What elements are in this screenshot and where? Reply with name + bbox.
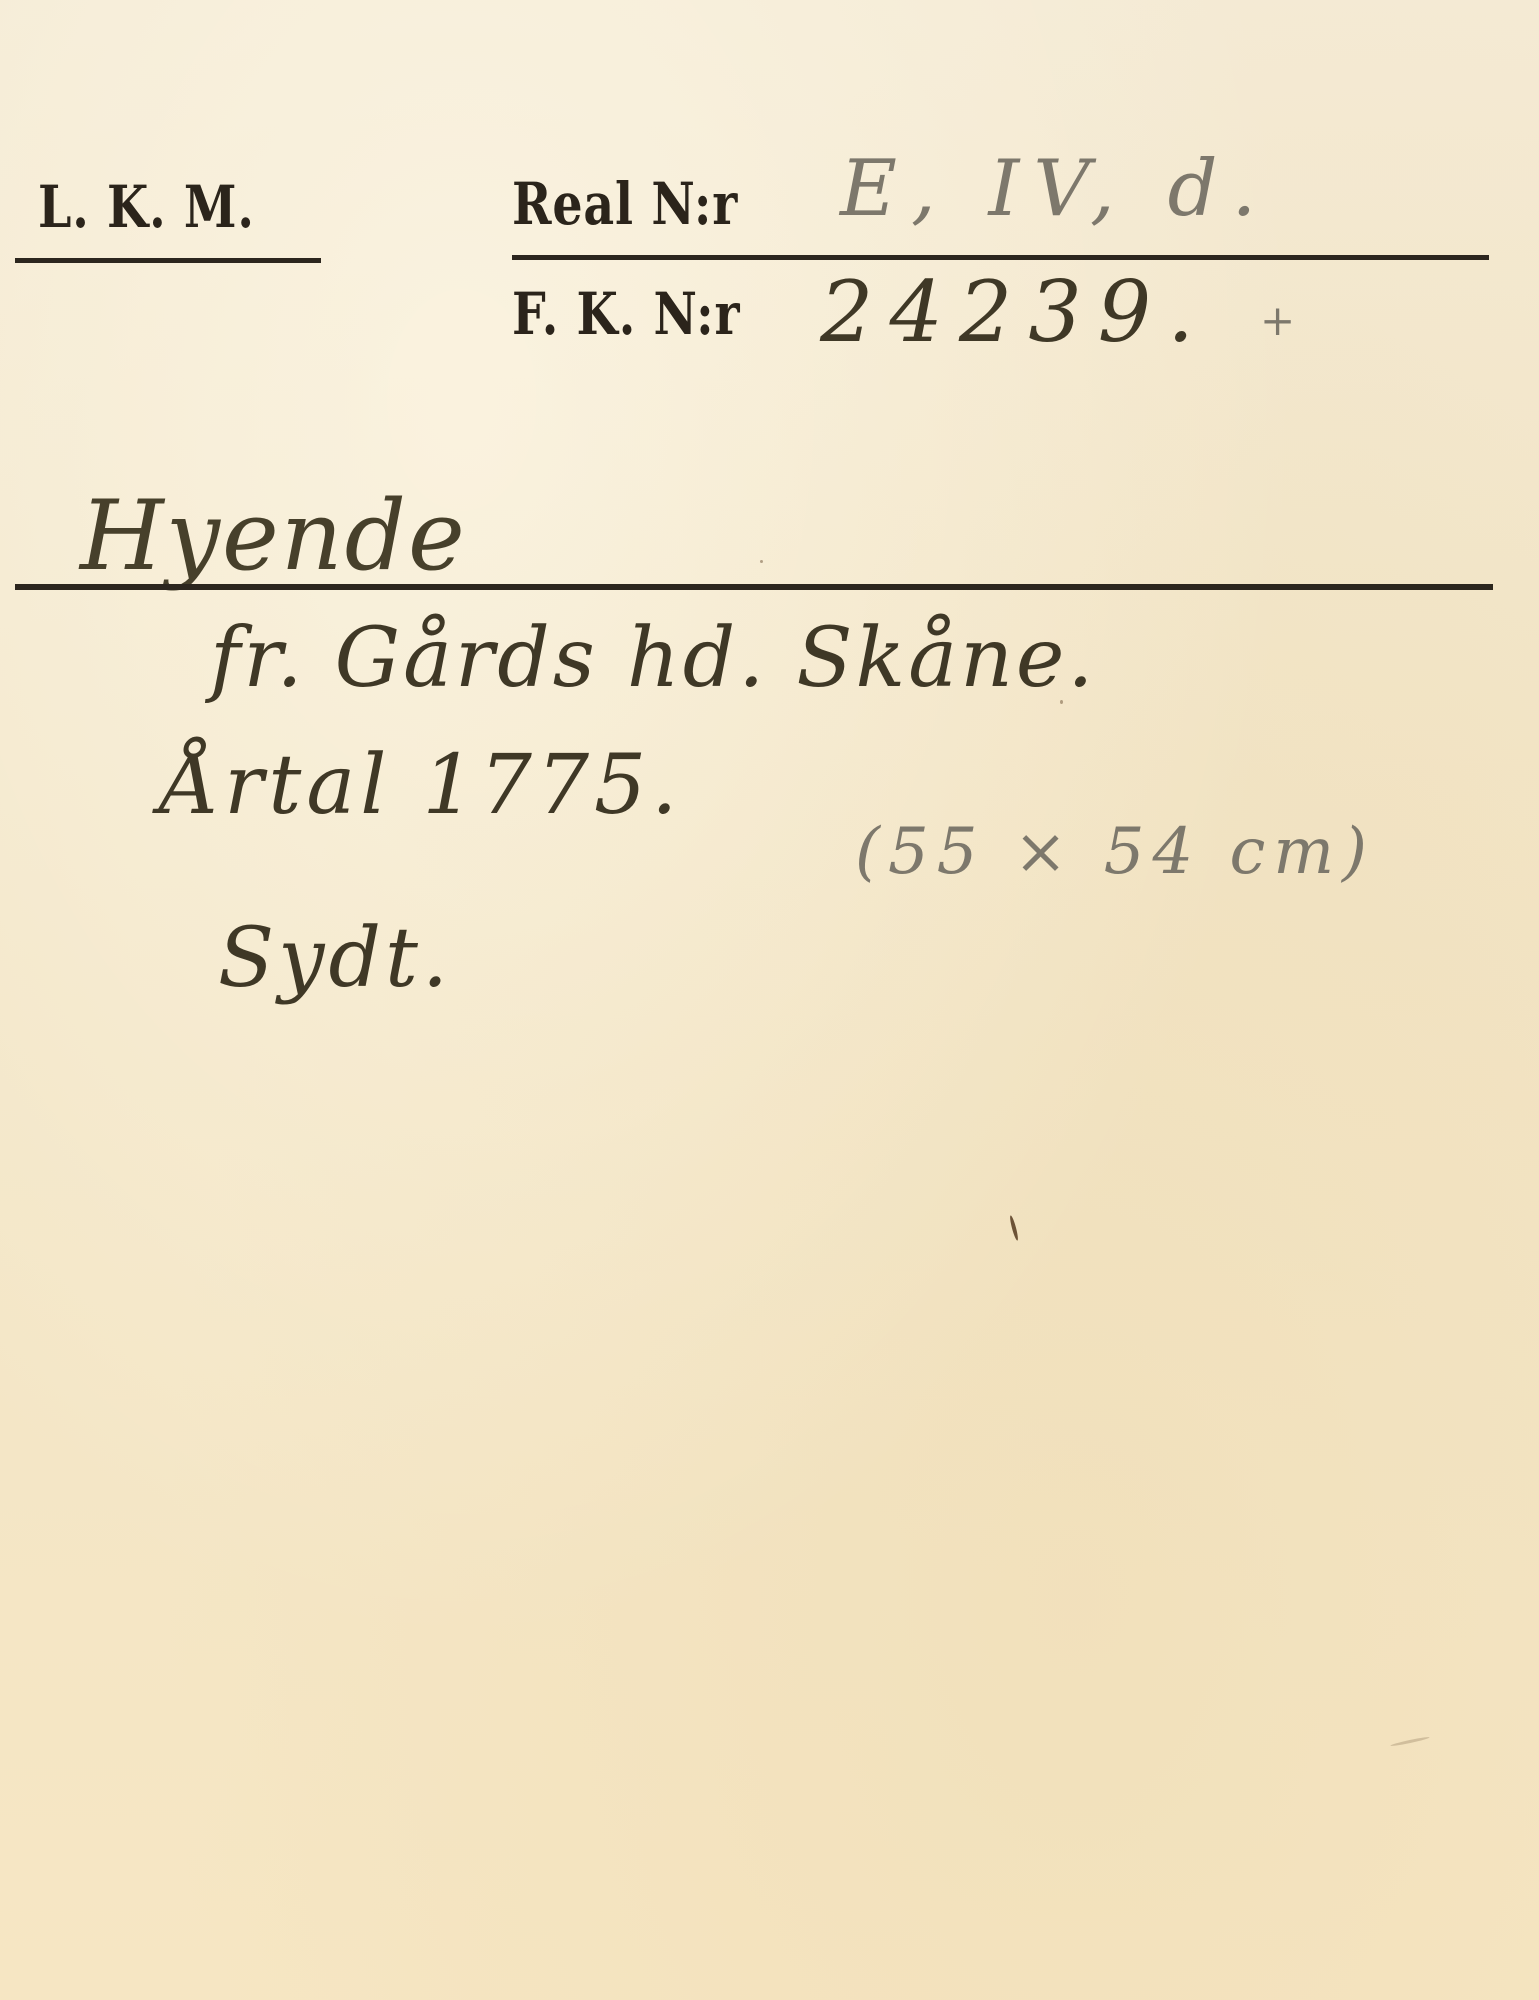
catalogue-card: L. K. M. Real N:r E, IV, d. F. K. N:r 24… <box>0 0 1539 2000</box>
object-name-rule <box>15 584 1493 590</box>
paper-blemish <box>760 560 763 563</box>
real-nr-value: E, IV, d. <box>840 150 1270 228</box>
fk-nr-check-mark: + <box>1260 300 1295 342</box>
fk-nr-label: F. K. N:r <box>512 285 740 343</box>
object-dimensions: (55 × 54 cm) <box>855 820 1375 884</box>
paper-blemish <box>1060 700 1063 704</box>
object-origin: fr. Gårds hd. Skåne. <box>210 618 1097 700</box>
object-name: Hyende <box>80 488 467 584</box>
institution-rule <box>15 258 321 263</box>
fk-nr-value: 24239. <box>820 270 1210 354</box>
object-technique: Sydt. <box>218 918 452 1000</box>
institution-code: L. K. M. <box>38 178 255 236</box>
object-year: Årtal 1775. <box>160 745 682 827</box>
real-nr-label: Real N:r <box>512 175 738 233</box>
paper-blemish <box>1009 1215 1020 1241</box>
paper-blemish <box>1390 1736 1430 1747</box>
real-nr-rule <box>512 255 1489 260</box>
